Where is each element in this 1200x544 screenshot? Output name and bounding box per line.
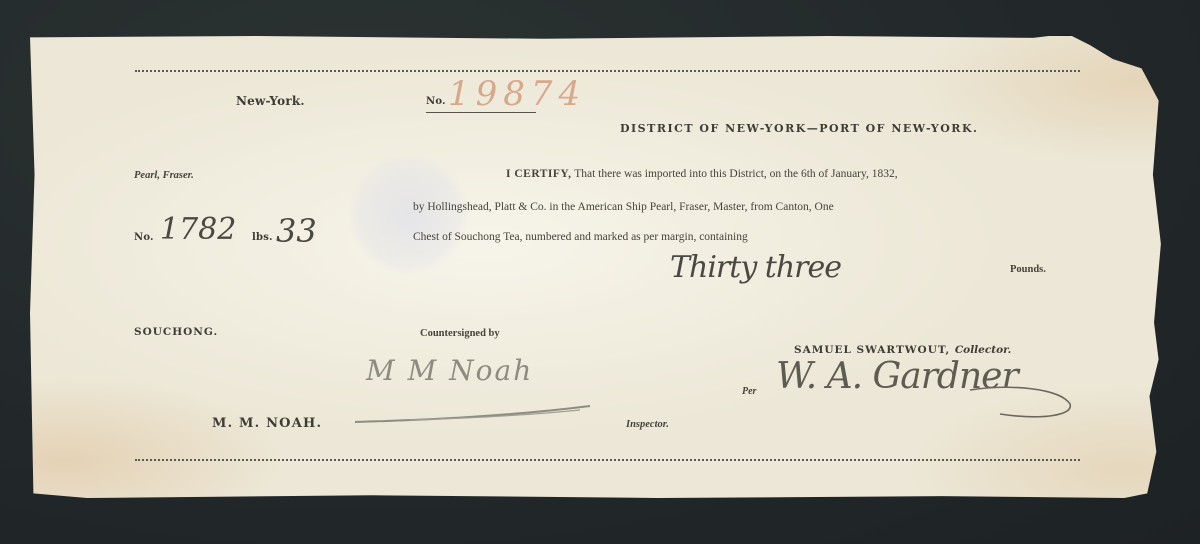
collector-name: SAMUEL SWARTWOUT, Collector.: [794, 344, 1011, 356]
certification-line-3: Chest of Souchong Tea, numbered and mark…: [413, 231, 748, 243]
deputy-signature-flourish: [970, 380, 1080, 430]
district-title: DISTRICT OF NEW-YORK—PORT OF NEW-YORK.: [620, 122, 978, 135]
collector-name-text: SAMUEL SWARTWOUT,: [794, 344, 950, 356]
signature-flourish: [350, 398, 600, 428]
place-heading: New-York.: [236, 94, 305, 108]
certification-line-1: I CERTIFY, That there was imported into …: [506, 168, 898, 180]
embossed-seal: [348, 154, 468, 274]
inspector-role: Inspector.: [626, 419, 669, 430]
certificate-number-value: 19874: [448, 74, 586, 114]
inspector-printed-name: M. M. NOAH.: [212, 416, 322, 431]
certify-lead: I CERTIFY,: [506, 168, 572, 180]
quantity-unit: Pounds.: [1010, 264, 1046, 275]
certification-line-1-text: That there was imported into this Distri…: [574, 168, 897, 180]
package-number-label: No.: [134, 232, 154, 243]
ship-master-margin: Pearl, Fraser.: [134, 170, 194, 181]
certification-line-2: by Hollingshead, Platt & Co. in the Amer…: [413, 201, 834, 213]
weight-label: lbs.: [252, 232, 273, 243]
collector-title: Collector.: [955, 344, 1012, 356]
package-number-value: 1782: [160, 212, 236, 247]
document-paper: New-York. No. 19874 DISTRICT OF NEW-YORK…: [30, 36, 1170, 498]
countersigned-label: Countersigned by: [420, 328, 500, 339]
top-dotted-rule: [135, 70, 1080, 72]
inspector-signature: M M Noah: [366, 354, 533, 387]
quantity-written-handwriting: Thirty three: [670, 250, 841, 285]
weight-value: 33: [276, 212, 317, 250]
per-label: Per: [742, 386, 756, 397]
tea-type-margin: SOUCHONG.: [134, 326, 218, 338]
bottom-dotted-rule: [135, 459, 1080, 461]
certificate-number-label: No.: [426, 96, 446, 107]
